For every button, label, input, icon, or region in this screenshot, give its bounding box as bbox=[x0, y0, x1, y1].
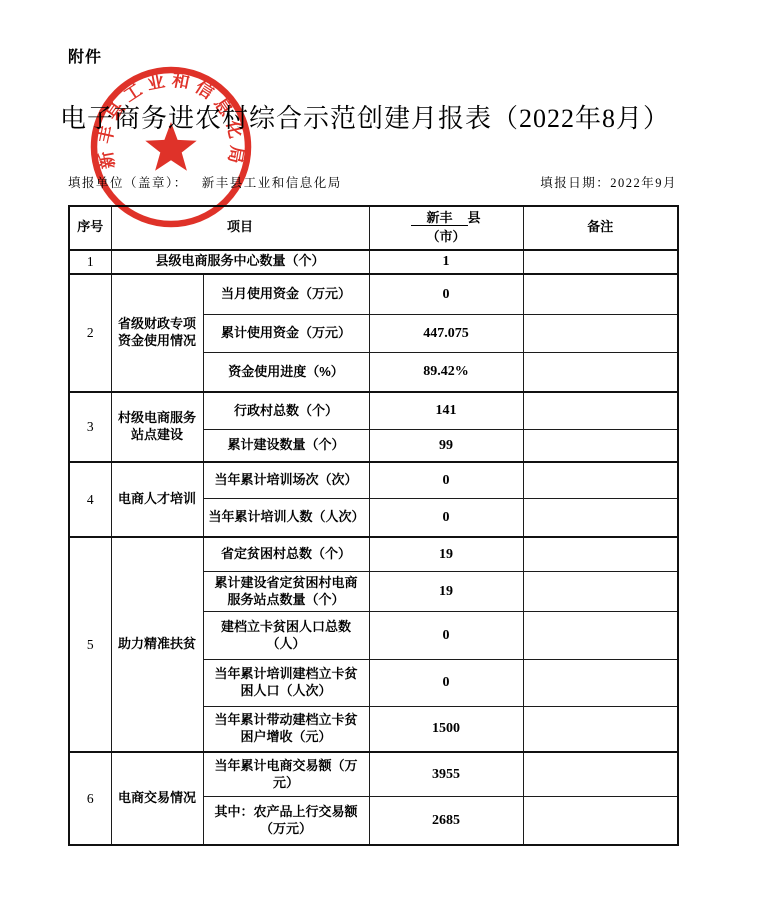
remark-cell bbox=[523, 499, 678, 537]
remark-cell bbox=[523, 612, 678, 660]
item-value: 0 bbox=[369, 274, 523, 315]
table-row: 4 电商人才培训 当年累计培训场次（次） 0 bbox=[69, 462, 678, 499]
item-value: 3955 bbox=[369, 752, 523, 797]
item-value: 1 bbox=[369, 250, 523, 274]
item-label: 累计建设省定贫困村电商服务站点数量（个） bbox=[203, 572, 369, 612]
item-value: 1500 bbox=[369, 707, 523, 752]
table-header-row: 序号 项目 新丰 县 （市） 备注 bbox=[69, 206, 678, 250]
remark-cell bbox=[523, 315, 678, 353]
section-no: 4 bbox=[69, 462, 111, 537]
item-value: 447.075 bbox=[369, 315, 523, 353]
remark-cell bbox=[523, 274, 678, 315]
section-category: 电商交易情况 bbox=[111, 752, 203, 845]
header-region-line2: （市） bbox=[375, 228, 518, 247]
filler-unit: 填报单位（盖章）：新丰县工业和信息化局 bbox=[68, 173, 342, 191]
remark-cell bbox=[523, 353, 678, 392]
remark-cell bbox=[523, 462, 678, 499]
report-date-label: 填报日期： bbox=[540, 176, 610, 190]
item-label: 当年累计电商交易额（万元） bbox=[203, 752, 369, 797]
item-value: 99 bbox=[369, 430, 523, 462]
meta-row: 填报单位（盖章）：新丰县工业和信息化局 填报日期：2022年9月 bbox=[68, 173, 677, 191]
item-value: 89.42% bbox=[369, 353, 523, 392]
item-value: 0 bbox=[369, 660, 523, 707]
header-region-line1: 新丰 县 bbox=[375, 209, 518, 228]
item-label: 当月使用资金（万元） bbox=[203, 274, 369, 315]
report-table: 序号 项目 新丰 县 （市） 备注 1 县级电商服务中心数量（个） 1 2 省级… bbox=[68, 205, 679, 846]
remark-cell bbox=[523, 537, 678, 572]
item-value: 0 bbox=[369, 499, 523, 537]
remark-cell bbox=[523, 797, 678, 845]
section-category: 电商人才培训 bbox=[111, 462, 203, 537]
filler-unit-label: 填报单位（盖章）： bbox=[68, 176, 188, 190]
remark-cell bbox=[523, 572, 678, 612]
section-category: 助力精准扶贫 bbox=[111, 537, 203, 752]
table-row: 6 电商交易情况 当年累计电商交易额（万元） 3955 bbox=[69, 752, 678, 797]
item-label: 当年累计培训场次（次） bbox=[203, 462, 369, 499]
item-label: 当年累计培训人数（人次） bbox=[203, 499, 369, 537]
section-no: 3 bbox=[69, 392, 111, 462]
section-no: 6 bbox=[69, 752, 111, 845]
remark-cell bbox=[523, 392, 678, 430]
item-value: 0 bbox=[369, 462, 523, 499]
table-row: 2 省级财政专项资金使用情况 当月使用资金（万元） 0 bbox=[69, 274, 678, 315]
table-row: 1 县级电商服务中心数量（个） 1 bbox=[69, 250, 678, 274]
item-value: 0 bbox=[369, 612, 523, 660]
item-label: 累计建设数量（个） bbox=[203, 430, 369, 462]
item-label: 累计使用资金（万元） bbox=[203, 315, 369, 353]
item-value: 2685 bbox=[369, 797, 523, 845]
attachment-label: 附件 bbox=[68, 44, 102, 67]
section-no: 5 bbox=[69, 537, 111, 752]
remark-cell bbox=[523, 752, 678, 797]
remark-cell bbox=[523, 707, 678, 752]
page-title: 电子商务进农村综合示范创建月报表（2022年8月） bbox=[40, 98, 690, 135]
item-value: 19 bbox=[369, 537, 523, 572]
section-category: 村级电商服务站点建设 bbox=[111, 392, 203, 462]
item-label: 资金使用进度（%） bbox=[203, 353, 369, 392]
remark-cell bbox=[523, 250, 678, 274]
remark-cell bbox=[523, 660, 678, 707]
header-no: 序号 bbox=[69, 206, 111, 250]
header-remark: 备注 bbox=[523, 206, 678, 250]
item-label: 当年累计带动建档立卡贫困户增收（元） bbox=[203, 707, 369, 752]
seal-ring bbox=[94, 70, 248, 224]
item-label: 当年累计培训建档立卡贫困人口（人次） bbox=[203, 660, 369, 707]
report-date-value: 2022年9月 bbox=[610, 176, 677, 190]
item-label: 省定贫困村总数（个） bbox=[203, 537, 369, 572]
header-item: 项目 bbox=[111, 206, 369, 250]
section-category: 省级财政专项资金使用情况 bbox=[111, 274, 203, 392]
table-row: 3 村级电商服务站点建设 行政村总数（个） 141 bbox=[69, 392, 678, 430]
item-value: 19 bbox=[369, 572, 523, 612]
section-no: 1 bbox=[69, 250, 111, 274]
item-value: 141 bbox=[369, 392, 523, 430]
item-label: 其中：农产品上行交易额（万元） bbox=[203, 797, 369, 845]
item-label: 建档立卡贫困人口总数（人） bbox=[203, 612, 369, 660]
remark-cell bbox=[523, 430, 678, 462]
item-label: 行政村总数（个） bbox=[203, 392, 369, 430]
section-no: 2 bbox=[69, 274, 111, 392]
filler-unit-value: 新丰县工业和信息化局 bbox=[202, 176, 342, 190]
header-region: 新丰 县 （市） bbox=[369, 206, 523, 250]
report-date: 填报日期：2022年9月 bbox=[540, 173, 677, 191]
region-suffix: 县 bbox=[468, 210, 481, 225]
table-row: 5 助力精准扶贫 省定贫困村总数（个） 19 bbox=[69, 537, 678, 572]
region-name: 新丰 bbox=[427, 210, 453, 225]
item-label: 县级电商服务中心数量（个） bbox=[111, 250, 369, 274]
